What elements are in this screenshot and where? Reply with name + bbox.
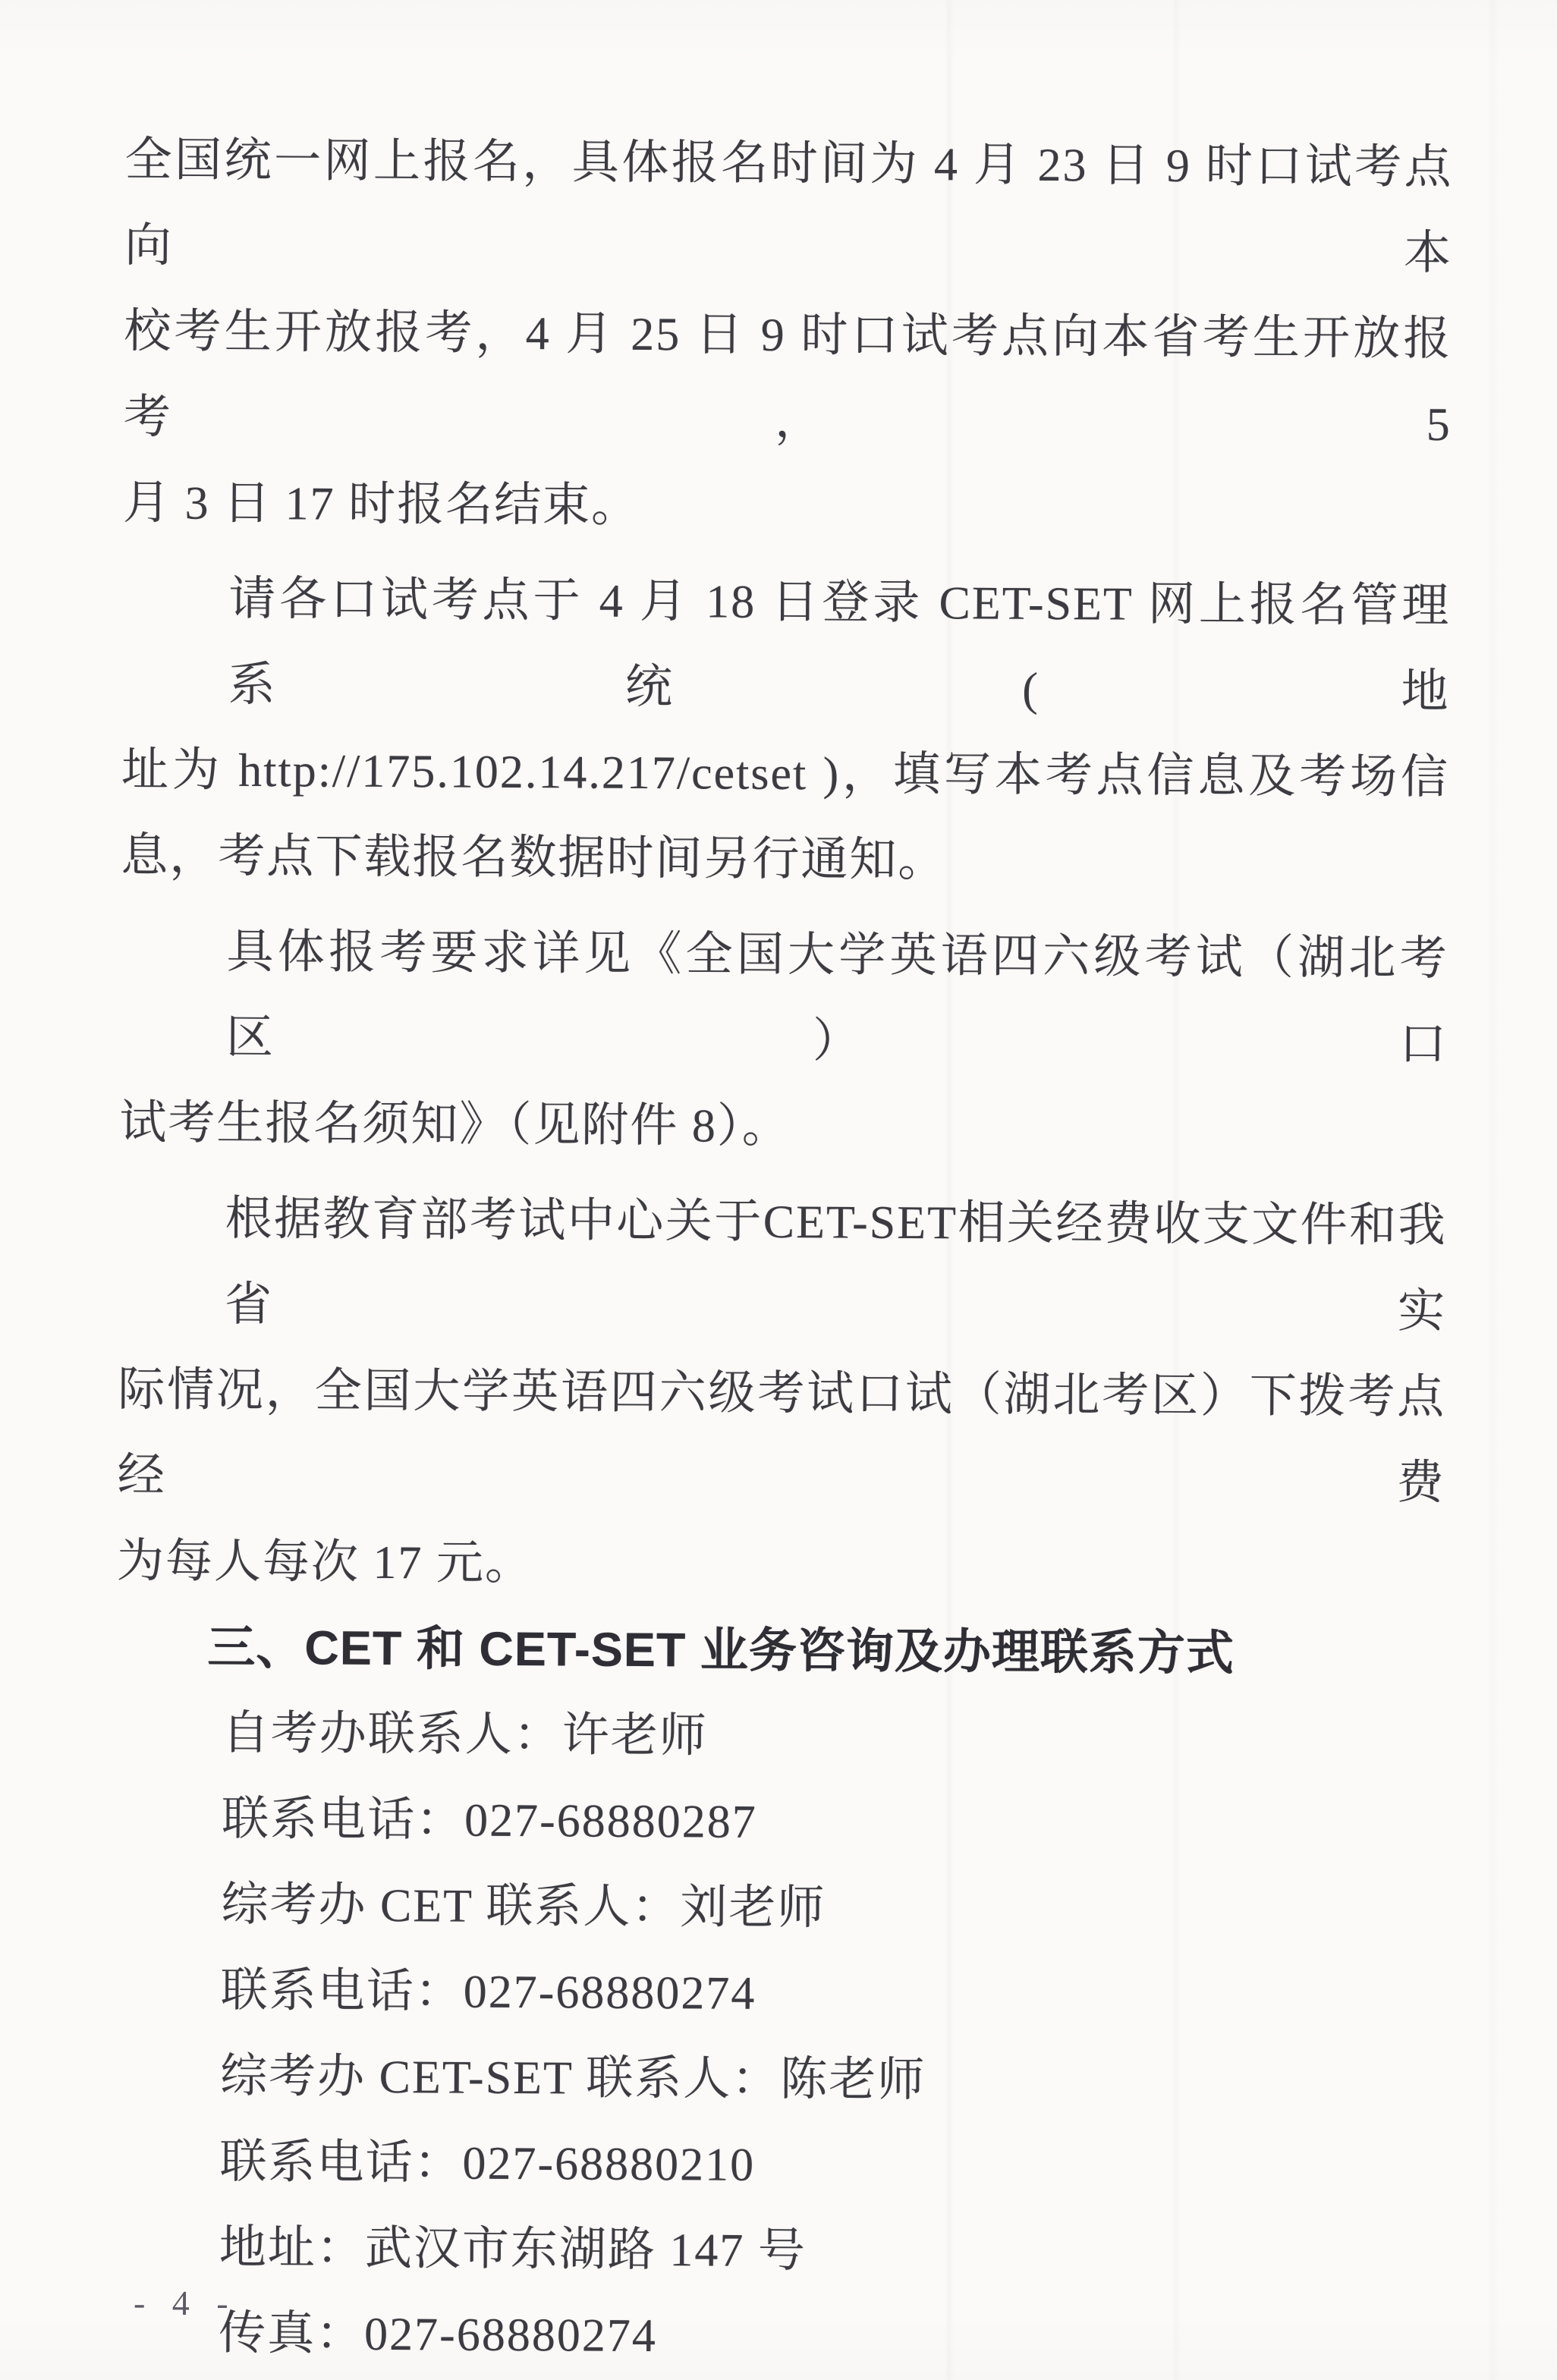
text-line-07: 具体报考要求详见《全国大学英语四六级考试（湖北考区）口 [120, 909, 1448, 1088]
text-line-11: 为每人每次 17 元。 [117, 1519, 1445, 1612]
text-line-09: 根据教育部考试中心关于CET-SET相关经费收支文件和我省实 [118, 1176, 1447, 1355]
text-line-04: 请各口试考点于 4 月 18 日登录 CET-SET 网上报名管理系统( 地 [121, 556, 1450, 735]
page-number: - 4 - [134, 2281, 237, 2326]
contact-line-fax: 传真：027-68880274 [112, 2290, 1441, 2380]
contact-line-phone-2: 联系电话：027-68880274 [114, 1948, 1442, 2041]
text-line-05: 址为 http://175.102.14.217/cetset )，填写本考点信… [121, 728, 1450, 821]
contact-line-cet-office: 综考办 CET 联系人：刘老师 [115, 1862, 1443, 1955]
text-line-01: 全国统一网上报名，具体报名时间为 4 月 23 日 9 时口试考点向本 [124, 118, 1453, 297]
text-line-03: 月 3 日 17 时报名结束。 [123, 461, 1452, 554]
contact-line-cet-set-office: 综考办 CET-SET 联系人：陈老师 [114, 2033, 1442, 2127]
contact-line-self-study-office: 自考办联系人：许老师 [115, 1690, 1444, 1784]
text-line-10: 际情况，全国大学英语四六级考试口试（湖北考区）下拨考点经费 [117, 1347, 1445, 1526]
text-line-06: 息，考点下载报名数据时间另行通知。 [121, 813, 1449, 907]
text-line-02: 校考生开放报考，4 月 25 日 9 时口试考点向本省考生开放报考，5 [123, 289, 1452, 468]
contact-line-phone-3: 联系电话：027-68880210 [113, 2119, 1442, 2212]
scanned-document-page: 全国统一网上报名，具体报名时间为 4 月 23 日 9 时口试考点向本 校考生开… [0, 0, 1557, 2380]
contact-line-phone-1: 联系电话：027-68880287 [115, 1776, 1444, 1869]
contact-line-address: 地址：武汉市东湖路 147 号 [113, 2205, 1442, 2298]
document-text-block: 全国统一网上报名，具体报名时间为 4 月 23 日 9 时口试考点向本 校考生开… [112, 118, 1453, 2380]
text-line-08: 试考生报名须知》（见附件 8）。 [119, 1080, 1448, 1174]
section-heading: 三、CET 和 CET-SET 业务咨询及办理联系方式 [116, 1605, 1445, 1698]
